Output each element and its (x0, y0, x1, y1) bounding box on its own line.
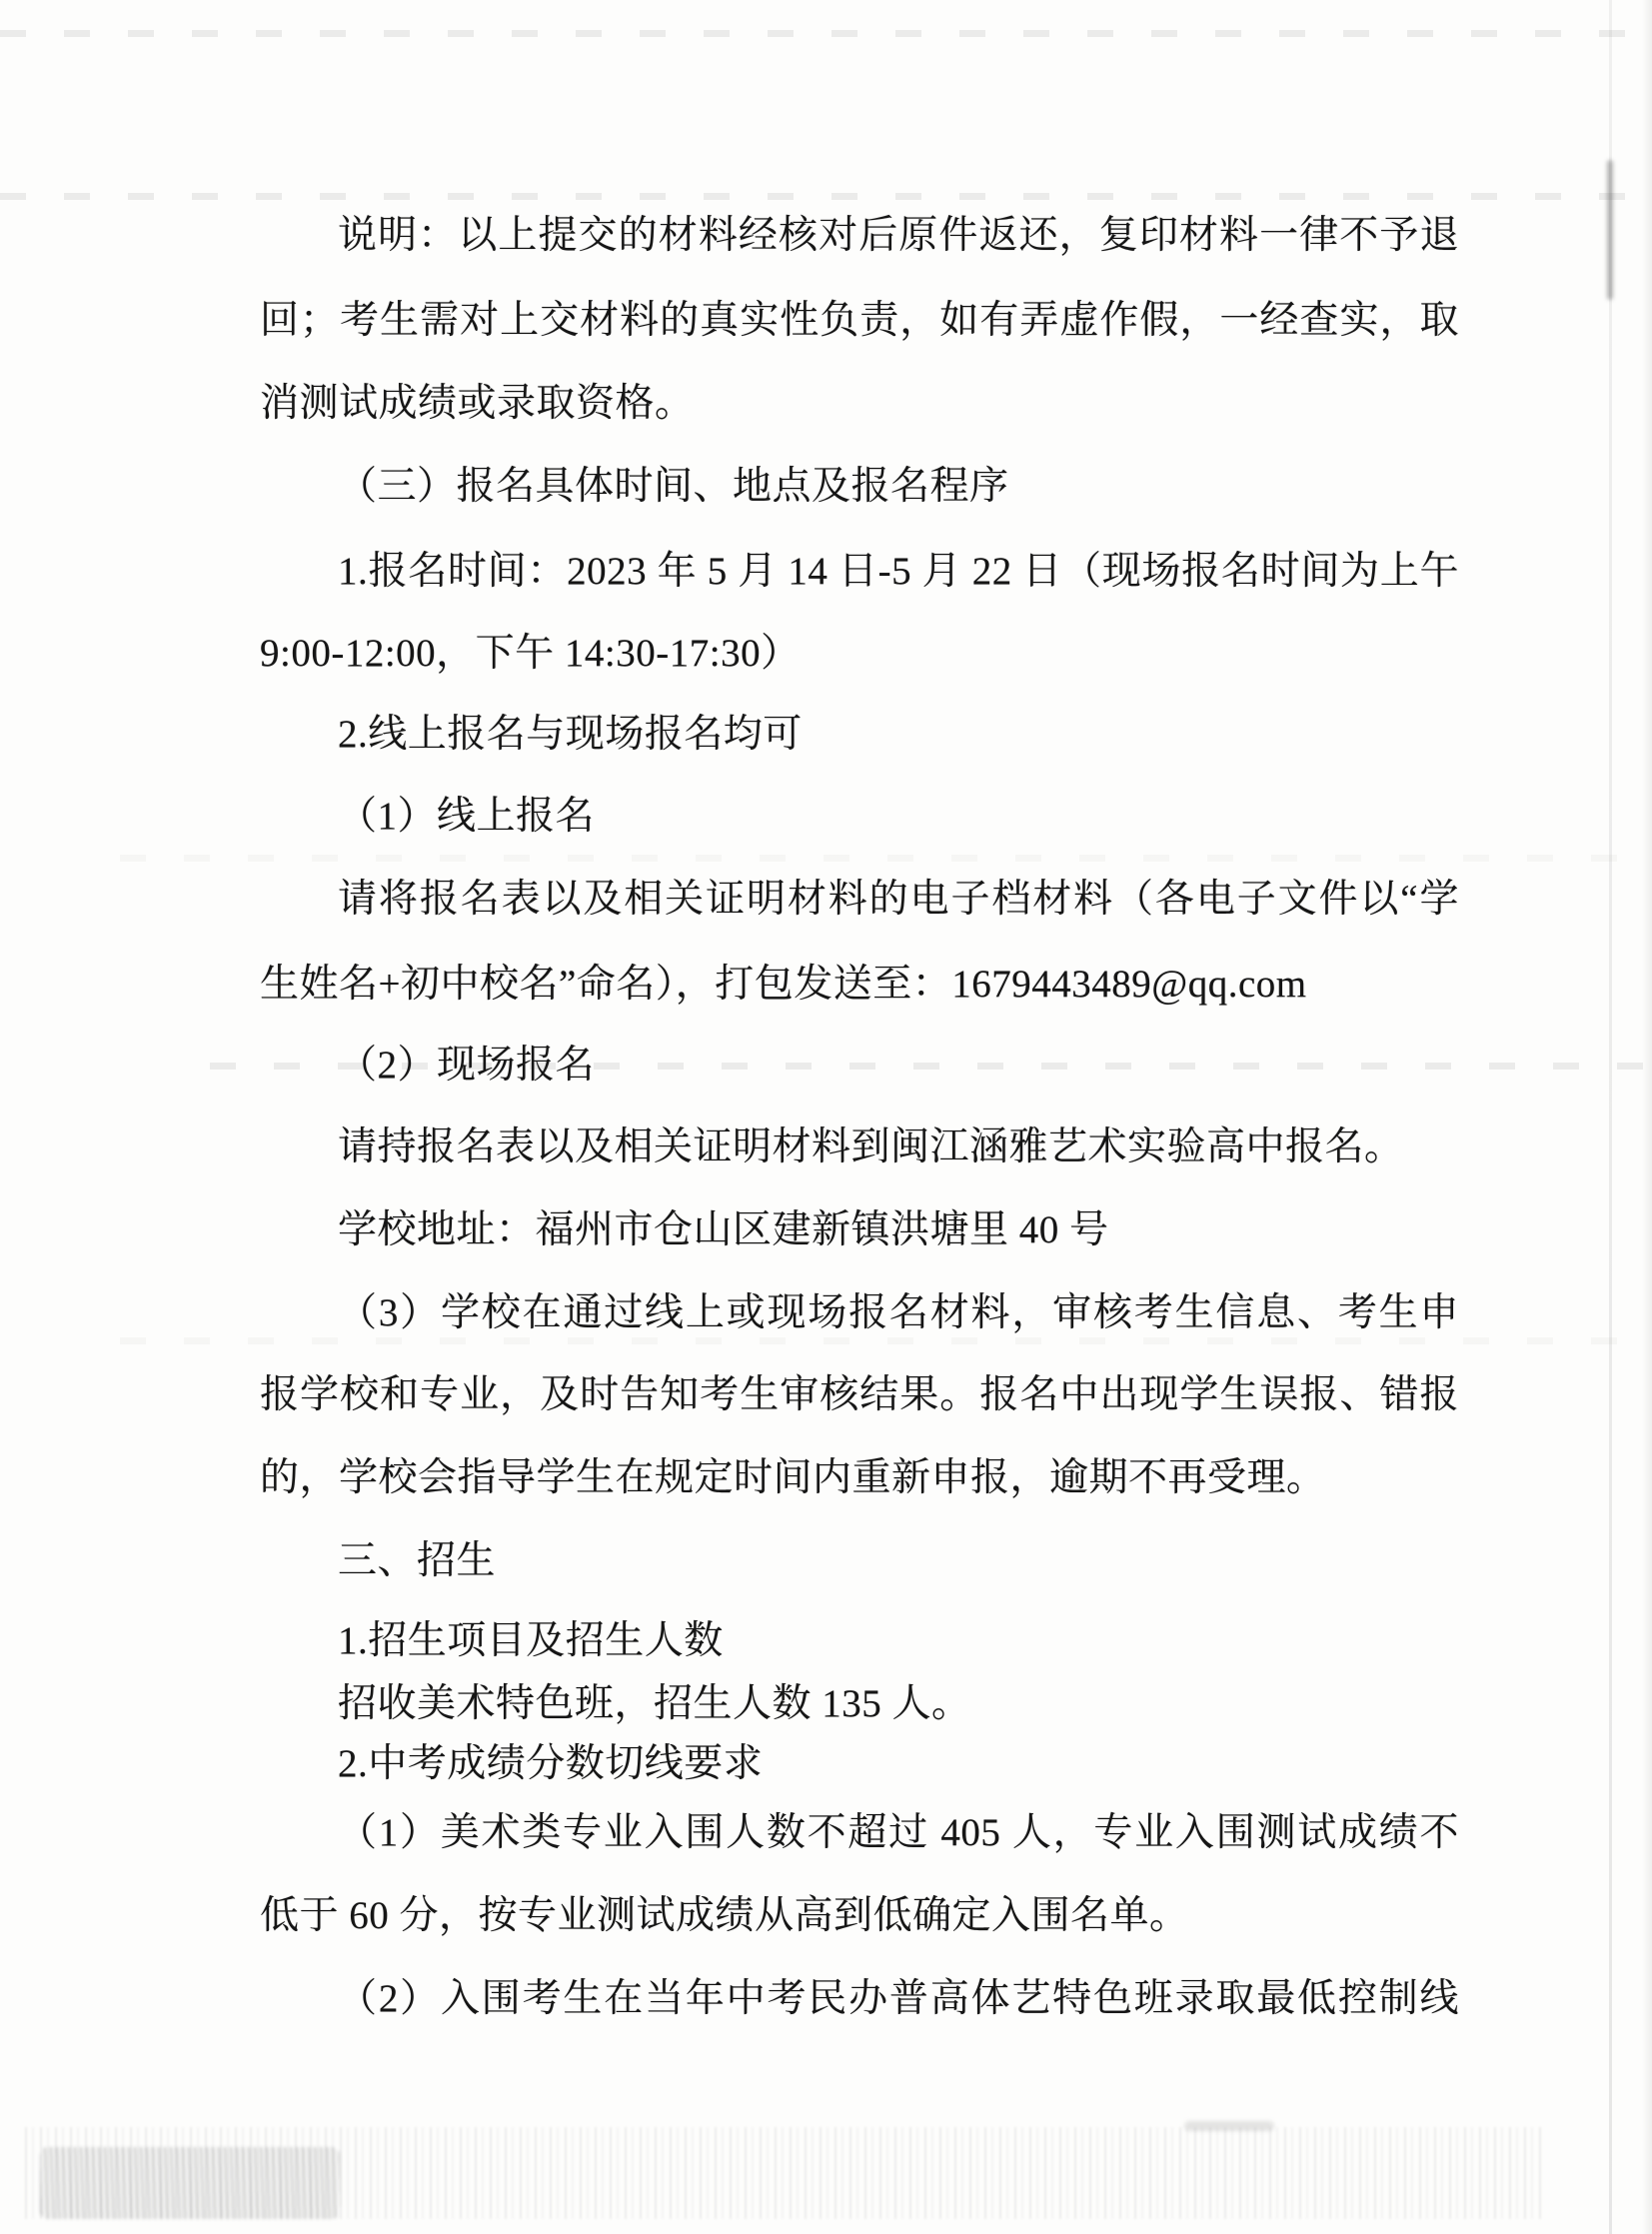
scanned-document-page: { "page": { "kind": "scanned-document-pa… (0, 0, 1652, 2234)
heading-section-3-registration: （三）报名具体时间、地点及报名程序 (260, 463, 1459, 511)
score-requirement-1-line-2: 低于 60 分，按专业测试成绩从高到低确定入围名单。 (260, 1892, 1459, 1940)
scan-artifact-faint-watermark (1184, 2121, 1274, 2131)
item-online-or-onsite: 2.线上报名与现场报名均可 (260, 711, 1459, 759)
page-edge-shadow (1642, 0, 1652, 2234)
scan-artifact-edge-smudge (1607, 160, 1613, 300)
subitem-3-review-line-2: 报学校和专业，及时告知考生审核结果。报名中出现学生误报、错报 (260, 1371, 1459, 1419)
item-1-enrollment-program: 1.招生项目及招生人数 (260, 1617, 1459, 1665)
note-paragraph-line-3: 消测试成绩或录取资格。 (260, 380, 1459, 428)
note-paragraph-line-1: 说明：以上提交的材料经核对后原件返还，复印材料一律不予退 (260, 212, 1459, 260)
subitem-3-review-line-1: （3）学校在通过线上或现场报名材料，审核考生信息、考生申 (260, 1289, 1459, 1337)
school-address-line: 学校地址：福州市仓山区建新镇洪塘里 40 号 (260, 1206, 1459, 1254)
subitem-3-review-line-3: 的，学校会指导学生在规定时间内重新申报，逾期不再受理。 (260, 1454, 1459, 1502)
registration-time-line-1: 1.报名时间：2023 年 5 月 14 日-5 月 22 日（现场报名时间为上… (260, 548, 1459, 596)
online-registration-email-line: 生姓名+初中校名”命名），打包发送至：1679443489@qq.com (260, 961, 1459, 1009)
online-registration-line-1: 请将报名表以及相关证明材料的电子档材料（各电子文件以“学 (260, 876, 1459, 924)
scan-artifact-bottom-smudge (40, 2147, 340, 2219)
heading-section-enrollment: 三、招生 (260, 1537, 1459, 1585)
scan-artifact-vertical-edge-line (1609, 0, 1612, 2234)
score-requirement-1-line-1: （1）美术类专业入围人数不超过 405 人，专业入围测试成绩不 (260, 1809, 1459, 1857)
registration-time-line-2: 9:00-12:00，下午 14:30-17:30） (260, 630, 1459, 678)
item-2-score-requirement: 2.中考成绩分数切线要求 (260, 1740, 1459, 1788)
subitem-2-onsite-registration: （2）现场报名 (260, 1042, 1459, 1090)
subitem-1-online-registration: （1）线上报名 (260, 793, 1459, 841)
note-paragraph-line-2: 回；考生需对上交材料的真实性负责，如有弄虚作假，一经查实，取 (260, 297, 1459, 345)
scan-artifact-dash-band-top (0, 30, 1652, 37)
scan-artifact-dash-band (120, 1337, 1652, 1344)
onsite-registration-detail: 请持报名表以及相关证明材料到闽江涵雅艺术实验高中报名。 (260, 1123, 1459, 1171)
scan-artifact-dash-band (120, 855, 1652, 862)
enrollment-numbers-line: 招收美术特色班，招生人数 135 人。 (260, 1680, 1459, 1728)
score-requirement-2-line-1: （2）入围考生在当年中考民办普高体艺特色班录取最低控制线 (260, 1975, 1459, 2023)
scan-artifact-dash-band (0, 193, 1652, 200)
